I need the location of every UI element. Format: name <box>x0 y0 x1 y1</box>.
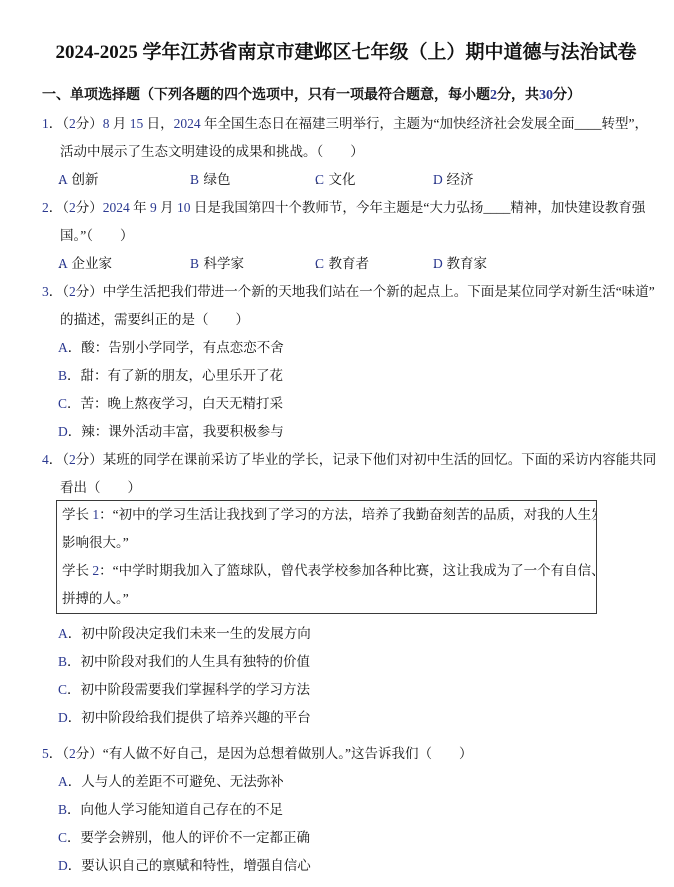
section-heading: 一、单项选择题（下列各题的四个选项中，只有一项最符合题意，每小题2分，共30分） <box>42 82 650 110</box>
question-4-stem-line-2: 看出（ ） <box>42 474 650 502</box>
question-3: 3．（2分）中学生活把我们带进一个新的天地我们站在一个新的起点上。下面是某位同学… <box>42 278 650 446</box>
question-1-option-b: B．绿色 <box>190 166 231 194</box>
interview-box: 学长 1：“初中的学习生活让我找到了学习的方法，培养了我勤奋刻苦的品质，对我的人… <box>56 500 597 614</box>
question-5-option-d: D．要认识自己的禀赋和特性，增强自信心 <box>42 852 650 880</box>
question-1-option-c: C．文化 <box>315 166 356 194</box>
question-2-stem-line-1: 2．（2分）2024 年 9 月 10 日是我国第四十个教师节，今年主题是“大力… <box>42 194 650 222</box>
question-1-option-d: D．经济 <box>433 166 474 194</box>
question-2-option-b: B．科学家 <box>190 250 244 278</box>
exam-paper-page: 2024-2025 学年江苏省南京市建邺区七年级（上）期中道德与法治试卷 一、单… <box>0 0 674 887</box>
question-4-option-c: C．初中阶段需要我们掌握科学的学习方法 <box>42 676 650 704</box>
question-2-option-a: A．企业家 <box>58 250 112 278</box>
question-3-option-c: C．苦：晚上熬夜学习，白天无精打采 <box>42 390 650 418</box>
question-4-option-b: B．初中阶段对我们的人生具有独特的价值 <box>42 648 650 676</box>
question-3-option-a: A．酸：告别小学同学，有点恋恋不舍 <box>42 334 650 362</box>
question-1: 1．（2分）8 月 15 日，2024 年全国生态日在福建三明举行，主题为“加快… <box>42 110 650 194</box>
question-1-stem-line-1: 1．（2分）8 月 15 日，2024 年全国生态日在福建三明举行，主题为“加快… <box>42 110 650 138</box>
question-1-stem-line-2: 活动中展示了生态文明建设的成果和挑战。（ ） <box>42 138 650 166</box>
question-5-option-c: C．要学会辨别，他人的评价不一定都正确 <box>42 824 650 852</box>
question-3-stem-line-1: 3．（2分）中学生活把我们带进一个新的天地我们站在一个新的起点上。下面是某位同学… <box>42 278 650 306</box>
interview-line-1: 学长 1：“初中的学习生活让我找到了学习的方法，培养了我勤奋刻苦的品质，对我的人… <box>62 501 591 529</box>
question-5-stem-line-1: 5．（2分）“有人做不好自己，是因为总想着做别人。”这告诉我们（ ） <box>42 740 650 768</box>
question-2-option-d: D．教育家 <box>433 250 487 278</box>
question-4: 4．（2分）某班的同学在课前采访了毕业的学长，记录下他们对初中生活的回忆。下面的… <box>42 446 650 732</box>
question-3-option-b: B．甜：有了新的朋友，心里乐开了花 <box>42 362 650 390</box>
page-content: 2024-2025 学年江苏省南京市建邺区七年级（上）期中道德与法治试卷 一、单… <box>0 0 674 880</box>
question-3-option-d: D．辣：课外活动丰富，我要积极参与 <box>42 418 650 446</box>
question-1-options-row: A．创新 B．绿色 C．文化 D．经济 <box>42 166 650 194</box>
question-1-option-a: A．创新 <box>58 166 99 194</box>
question-5-option-b: B．向他人学习能知道自己存在的不足 <box>42 796 650 824</box>
question-5-option-a: A．人与人的差距不可避免、无法弥补 <box>42 768 650 796</box>
question-4-option-a: A．初中阶段决定我们未来一生的发展方向 <box>42 620 650 648</box>
exam-title: 2024-2025 学年江苏省南京市建邺区七年级（上）期中道德与法治试卷 <box>42 40 650 66</box>
question-2: 2．（2分）2024 年 9 月 10 日是我国第四十个教师节，今年主题是“大力… <box>42 194 650 278</box>
question-2-option-c: C．教育者 <box>315 250 369 278</box>
question-2-stem-line-2: 国。”（ ） <box>42 222 650 250</box>
interview-line-3: 学长 2：“中学时期我加入了篮球队，曾代表学校参加各种比赛，这让我成为了一个有自… <box>62 557 591 585</box>
question-4-option-d: D．初中阶段给我们提供了培养兴趣的平台 <box>42 704 650 732</box>
interview-line-2: 影响很大。” <box>62 529 591 557</box>
question-5: 5．（2分）“有人做不好自己，是因为总想着做别人。”这告诉我们（ ） A．人与人… <box>42 740 650 880</box>
question-2-options-row: A．企业家 B．科学家 C．教育者 D．教育家 <box>42 250 650 278</box>
question-3-stem-line-2: 的描述，需要纠正的是（ ） <box>42 306 650 334</box>
interview-line-4: 拼搏的人。” <box>62 585 591 613</box>
question-4-stem-line-1: 4．（2分）某班的同学在课前采访了毕业的学长，记录下他们对初中生活的回忆。下面的… <box>42 446 650 474</box>
